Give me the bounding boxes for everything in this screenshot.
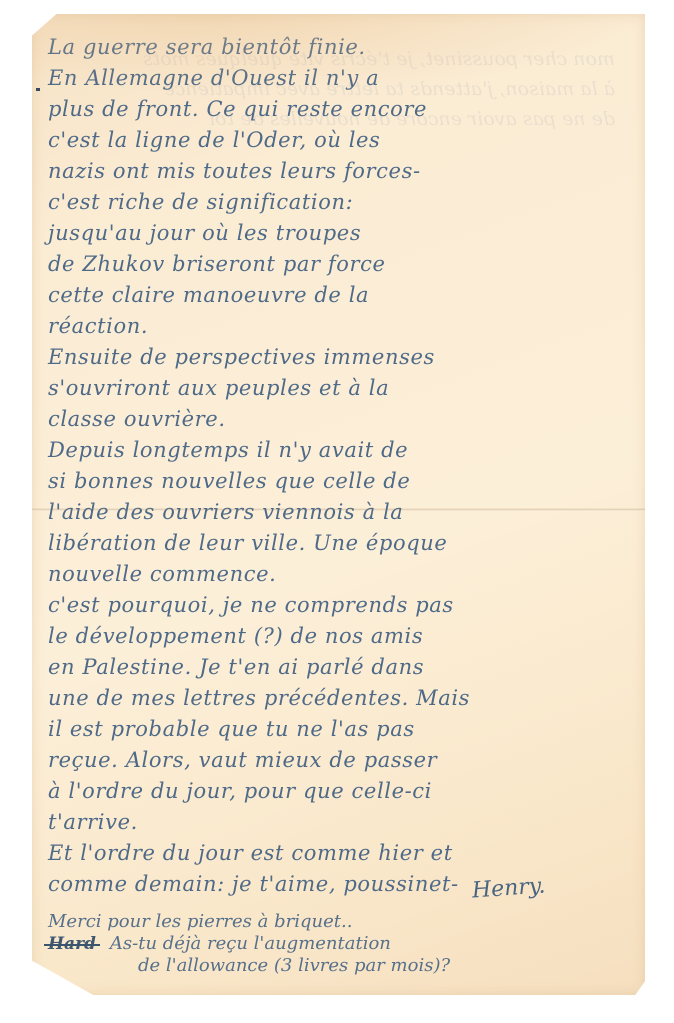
letter-line: La guerre sera bientôt finie. <box>48 32 638 63</box>
letter-line: en Palestine. Je t'en ai parlé dans <box>48 652 638 683</box>
postscript: Merci pour les pierres à briquet.. HardA… <box>48 911 638 977</box>
letter-line: reçue. Alors, vaut mieux de passer <box>48 745 638 776</box>
letter-line: c'est riche de signification: <box>48 187 638 218</box>
letter-line: c'est la ligne de l'Oder, où les <box>48 125 638 156</box>
letter-line: Et l'ordre du jour est comme hier et <box>48 838 638 869</box>
letter-line: plus de front. Ce qui reste encore <box>48 94 638 125</box>
letter-line: libération de leur ville. Une époque <box>48 528 638 559</box>
letter-line: classe ouvrière. <box>48 404 638 435</box>
postscript-question: As-tu déjà reçu l'augmentation <box>110 933 391 954</box>
letter-line: une de mes lettres précédentes. Mais <box>48 683 638 714</box>
letter-line: à l'ordre du jour, pour que celle-ci <box>48 776 638 807</box>
letter-line: l'aide des ouvriers viennois à la <box>48 497 638 528</box>
struck-through-word: Hard <box>48 933 96 955</box>
letter-line: s'ouvriront aux peuples et à la <box>48 373 638 404</box>
letter-line: il est probable que tu ne l'as pas <box>48 714 638 745</box>
letter-line: En Allemagne d'Ouest il n'y a <box>48 63 638 94</box>
letter-line: jusqu'au jour où les troupes <box>48 218 638 249</box>
letter-line: Depuis longtemps il n'y avait de <box>48 435 638 466</box>
letter-line: c'est pourquoi, je ne comprends pas <box>48 590 638 621</box>
letter-body: La guerre sera bientôt finie. En Allemag… <box>48 32 638 900</box>
letter-line: réaction. <box>48 311 638 342</box>
postscript-line: Merci pour les pierres à briquet.. <box>48 911 638 933</box>
postscript-line: HardAs-tu déjà reçu l'augmentation <box>48 933 638 955</box>
letter-line: nouvelle commence. <box>48 559 638 590</box>
letter-line: nazis ont mis toutes leurs forces- <box>48 156 638 187</box>
letter-line: le développement (?) de nos amis <box>48 621 638 652</box>
letter-line: Ensuite de perspectives immenses <box>48 342 638 373</box>
letter-line: de Zhukov briseront par force <box>48 249 638 280</box>
letter-line: si bonnes nouvelles que celle de <box>48 466 638 497</box>
letter-line: comme demain: je t'aime, poussinet- <box>48 869 638 900</box>
ink-mark <box>36 88 40 91</box>
postscript-line: de l'allowance (3 livres par mois)? <box>48 955 638 977</box>
signature: Henry. <box>471 873 546 903</box>
letter-line: cette claire manoeuvre de la <box>48 280 638 311</box>
letter-line: t'arrive. <box>48 807 638 838</box>
letter-paper: mon cher poussinet, je t'écris vite quel… <box>32 14 645 995</box>
